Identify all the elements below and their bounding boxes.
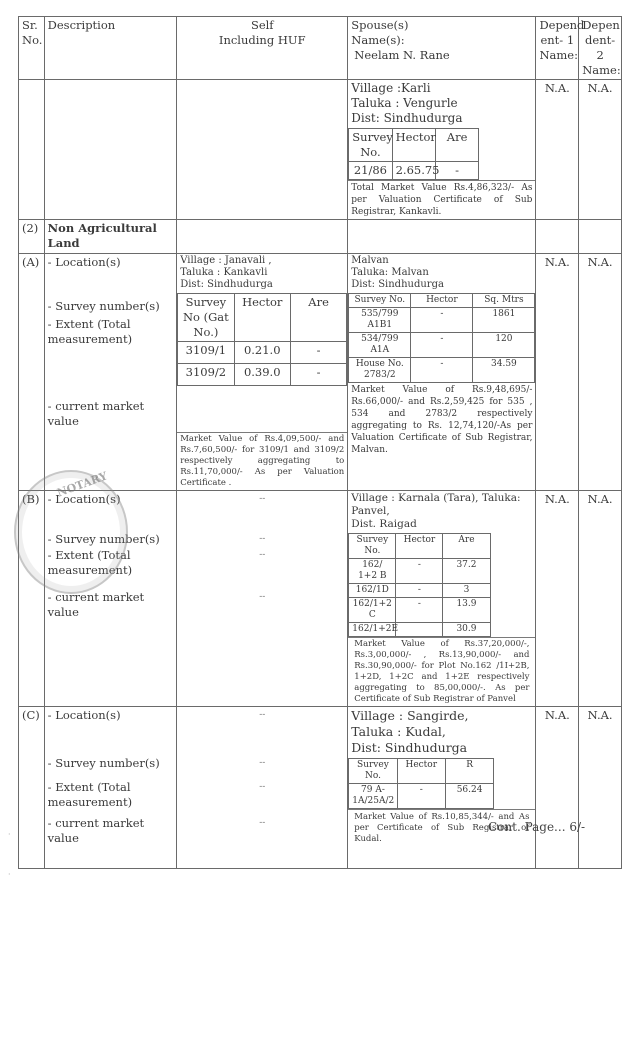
col-survey: Survey No. [349, 759, 397, 784]
scan-dot: · [8, 870, 11, 879]
label-location: - Location(s) [48, 255, 174, 299]
col-are: Are [435, 129, 478, 162]
header-self: Self Including HUF [177, 17, 348, 80]
agri-spouse-cell: Village :Karli Taluka : Vengurle Dist: S… [348, 80, 536, 220]
survey-row: 79 A-1A/25A/2 - 56.24 [349, 784, 494, 809]
header-description: Description [44, 17, 177, 80]
village: Village :Karli [351, 81, 532, 96]
row-a-spouse-location: Malvan Taluka: Malvan Dist: Sindhudurga [348, 254, 535, 292]
header-row: Sr. No. Description Self Including HUF S… [19, 17, 622, 80]
district: Dist. Raigad [351, 518, 532, 531]
asset-declaration-table: Sr. No. Description Self Including HUF S… [18, 16, 622, 869]
taluka: Taluka: Malvan [351, 267, 532, 279]
row-c-spouse-location: Village : Sangirde, Taluka : Kudal, Dist… [348, 707, 535, 757]
are: 3 [443, 584, 490, 598]
hector: - [411, 333, 473, 358]
spacer [177, 386, 347, 432]
taluka: Taluka : Kudal, [351, 724, 532, 740]
col-are: Are [443, 534, 490, 559]
survey-row: 534/799 A1A - 120 [349, 333, 535, 358]
survey-no: 3109/1 [178, 342, 234, 364]
empty-cell [177, 220, 348, 254]
label-market-value: - current market value [48, 816, 174, 846]
col-survey: Survey No. [349, 129, 392, 162]
are: 37.2 [443, 559, 490, 584]
agri-market-value: Total Market Value Rs.4,86,323/- As per … [348, 180, 535, 219]
col-are: Are [290, 294, 346, 342]
self-market-dash: -- [180, 590, 344, 605]
survey-no: 79 A-1A/25A/2 [349, 784, 397, 809]
village: Malvan [351, 255, 532, 267]
col-hector: Hector [234, 294, 290, 342]
stamp-text: NOTARY [55, 469, 109, 499]
r-value: 56.24 [445, 784, 493, 809]
row-a-dependent-2: N.A. [579, 254, 622, 491]
hector: - [396, 559, 443, 584]
row-b-spouse-location: Village : Karnala (Tara), Taluka: Panvel… [348, 491, 535, 532]
header-spouse-line2: Name(s): [351, 33, 532, 48]
label-location: - Location(s) [48, 708, 174, 756]
survey-no: 21/86 [349, 162, 392, 180]
row-c-sr: (C) [19, 707, 45, 869]
hector: - [396, 598, 443, 623]
row-c-spouse: Village : Sangirde, Taluka : Kudal, Dist… [348, 707, 536, 869]
header-dependent-1: Depend ent- 1 Name: [536, 17, 579, 80]
row-b-spouse-survey-table: Survey No. Hector Are 162/ 1+2 B - 37.2 … [348, 533, 490, 637]
village: Village : Karnala (Tara), Taluka: [351, 492, 532, 505]
label-survey: - Survey number(s) [48, 756, 174, 780]
label-market-value: - current market value [48, 590, 174, 620]
row-c-spouse-survey-table: Survey No. Hector R 79 A-1A/25A/2 - 56.2… [348, 758, 494, 809]
col-r: R [445, 759, 493, 784]
col-survey: Survey No. [349, 294, 411, 308]
row-a-labels: - Location(s) - Survey number(s) - Exten… [44, 254, 177, 491]
survey-no: 534/799 A1A [349, 333, 411, 358]
col-hector: Hector [392, 129, 435, 162]
col-survey: Survey No (Gat No.) [178, 294, 234, 342]
section-2-sr: (2) [19, 220, 45, 254]
hector: - [411, 308, 473, 333]
hector: 0.21.0 [234, 342, 290, 364]
empty-cell [348, 220, 536, 254]
taluka: Taluka : Kankavli [180, 267, 344, 279]
survey-row: House No. 2783/2 - 34.59 [349, 358, 535, 383]
hector: - [396, 584, 443, 598]
col-hector: Hector [397, 759, 445, 784]
survey-row: 3109/2 0.39.0 - [178, 364, 347, 386]
header-spouse-line1: Spouse(s) [351, 18, 532, 33]
hector: 0.39.0 [234, 364, 290, 386]
hector: - [397, 784, 445, 809]
sq-mtrs: 1861 [473, 308, 535, 333]
scan-dot: · [8, 830, 11, 839]
survey-no: 162/1+2 C [349, 598, 396, 623]
self-survey-dash: -- [180, 756, 344, 780]
village: Village : Janavali , [180, 255, 344, 267]
village: Village : Sangirde, [351, 708, 532, 724]
header-self-line2: Including HUF [180, 33, 344, 48]
self-survey-dash: -- [180, 532, 344, 548]
district: Dist: Sindhudurga [180, 279, 344, 291]
agri-survey-table: Survey No. Hector Are 21/86 2.65.75 - [348, 128, 479, 180]
notary-stamp: NOTARY [14, 470, 128, 594]
row-b-dependent-1: N.A. [536, 491, 579, 707]
are: - [435, 162, 478, 180]
agri-location: Village :Karli Taluka : Vengurle Dist: S… [348, 80, 535, 127]
row-b-spouse-market-value: Market Value of Rs.37,20,000/-, Rs.3,00,… [348, 637, 535, 706]
are: 30.9 [443, 623, 490, 637]
survey-row: 3109/1 0.21.0 - [178, 342, 347, 364]
spouse-name: Neelam N. Rane [351, 48, 532, 63]
header-self-line1: Self [180, 18, 344, 33]
col-survey: Survey No. [349, 534, 396, 559]
label-extent: - Extent (Total measurement) [48, 317, 174, 399]
col-hector: Hector [396, 534, 443, 559]
hector: 2.65.75 [392, 162, 435, 180]
row-b-dependent-2: N.A. [579, 491, 622, 707]
desc-cell-empty [44, 80, 177, 220]
district: Dist: Sindhudurga [351, 740, 532, 756]
agri-dependent-1: N.A. [536, 80, 579, 220]
survey-no: 3109/2 [178, 364, 234, 386]
header-dependent-2: Depen dent-2 Name: [579, 17, 622, 80]
survey-row: 535/799 A1B1 - 1861 [349, 308, 535, 333]
row-a-spouse-market-value: Market Value of Rs.9,48,695/- Rs.66,000/… [348, 383, 535, 457]
scan-artifact [300, 0, 340, 3]
self-location-dash: -- [180, 492, 344, 532]
row-a-sr: (A) [19, 254, 45, 491]
are: 13.9 [443, 598, 490, 623]
survey-row: 162/1D - 3 [349, 584, 490, 598]
district: Dist: Sindhudurga [351, 279, 532, 291]
self-cell-empty [177, 80, 348, 220]
survey-no: 162/ 1+2 B [349, 559, 396, 584]
hector: - [411, 358, 473, 383]
row-a-spouse: Malvan Taluka: Malvan Dist: Sindhudurga … [348, 254, 536, 491]
are: - [290, 342, 346, 364]
row-a-dependent-1: N.A. [536, 254, 579, 491]
survey-no: 162/1D [349, 584, 396, 598]
survey-no: 162/1+2E [349, 623, 396, 637]
empty-cell [536, 220, 579, 254]
header-spouse: Spouse(s) Name(s): Neelam N. Rane [348, 17, 536, 80]
col-hector: Hector [411, 294, 473, 308]
row-c-labels: - Location(s) - Survey number(s) - Exten… [44, 707, 177, 869]
sq-mtrs: 120 [473, 333, 535, 358]
header-sr-no: Sr. No. [19, 17, 45, 80]
survey-no: House No. 2783/2 [349, 358, 411, 383]
survey-no: 535/799 A1B1 [349, 308, 411, 333]
survey-row: 162/1+2E 30.9 [349, 623, 490, 637]
hector [396, 623, 443, 637]
self-extent-dash: -- [180, 780, 344, 816]
sq-mtrs: 34.59 [473, 358, 535, 383]
district: Dist: Sindhudurga [351, 111, 532, 126]
row-b-self: -- -- -- -- [177, 491, 348, 707]
continuation-note: Cont. Page... 6/- [488, 820, 585, 834]
label-extent: - Extent (Total measurement) [48, 780, 174, 816]
row-c: (C) - Location(s) - Survey number(s) - E… [19, 707, 622, 869]
row-a-self-survey-table: Survey No (Gat No.) Hector Are 3109/1 0.… [177, 293, 347, 386]
label-survey: - Survey number(s) [48, 299, 174, 317]
row-c-dependent-2: N.A. [579, 707, 622, 869]
self-location-dash: -- [180, 708, 344, 756]
taluka: Taluka : Vengurle [351, 96, 532, 111]
row-a-self: Village : Janavali , Taluka : Kankavli D… [177, 254, 348, 491]
taluka: Panvel, [351, 505, 532, 518]
self-extent-dash: -- [180, 548, 344, 590]
label-market-value: - current market value [48, 399, 174, 429]
row-c-self: -- -- -- -- [177, 707, 348, 869]
row-b-spouse: Village : Karnala (Tara), Taluka: Panvel… [348, 491, 536, 707]
sr-cell-empty [19, 80, 45, 220]
agricultural-row: Village :Karli Taluka : Vengurle Dist: S… [19, 80, 622, 220]
survey-row: 21/86 2.65.75 - [349, 162, 479, 180]
are: - [290, 364, 346, 386]
section-2-row: (2) Non Agricultural Land [19, 220, 622, 254]
section-2-title: Non Agricultural Land [44, 220, 177, 254]
row-c-dependent-1: N.A. [536, 707, 579, 869]
row-a-spouse-survey-table: Survey No. Hector Sq. Mtrs 535/799 A1B1 … [348, 293, 535, 383]
survey-row: 162/ 1+2 B - 37.2 [349, 559, 490, 584]
self-market-dash: -- [180, 816, 344, 831]
survey-row: 162/1+2 C - 13.9 [349, 598, 490, 623]
row-a-self-market-value: Market Value of Rs.4,09,500/- and Rs.7,6… [177, 432, 347, 490]
row-a: (A) - Location(s) - Survey number(s) - E… [19, 254, 622, 491]
agri-dependent-2: N.A. [579, 80, 622, 220]
col-sq-mtrs: Sq. Mtrs [473, 294, 535, 308]
empty-cell [579, 220, 622, 254]
row-a-self-location: Village : Janavali , Taluka : Kankavli D… [177, 254, 347, 292]
